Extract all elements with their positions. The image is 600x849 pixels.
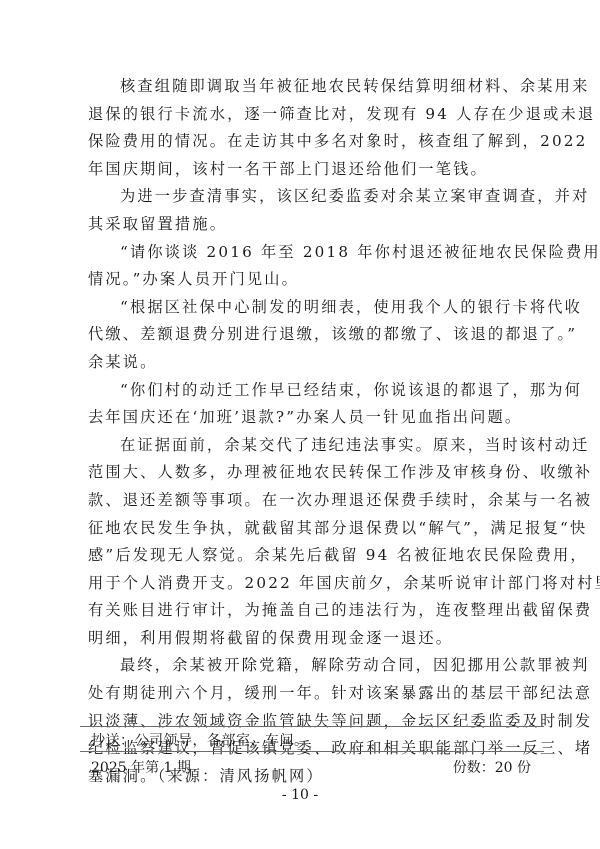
body-line: 年国庆期间，该村一名干部上门退还给他们一笔钱。 <box>88 156 536 184</box>
body-line: 核查组随即调取当年被征地农民转保结算明细材料、余某用来 <box>88 73 536 101</box>
body-line: 处有期徒刑六个月，缓刑一年。针对该案暴露出的基层干部纪法意 <box>88 680 536 708</box>
page-number: - 10 - <box>0 787 600 803</box>
body-line: 最终，余某被开除党籍，解除劳动合同，因犯挪用公款罪被判 <box>88 652 536 680</box>
body-line: “请你谈谈 2016 年至 2018 年你村退还被征地农民保险费用的 <box>88 239 536 267</box>
footer-middle-rule <box>80 751 544 752</box>
body-line: 款、退还差额等事项。在一次办理退还保费手续时，余某与一名被 <box>88 487 536 515</box>
issue-number: 2025 年第 1 期 <box>91 757 191 777</box>
issue-info-row: 2025 年第 1 期 份数：20 份 <box>91 757 531 777</box>
body-line: 退保的银行卡流水，逐一筛查比对，发现有 94 人存在少退或未退 <box>88 101 536 129</box>
body-line: 有关账目进行审计，为掩盖自己的违法行为，连夜整理出截留保费 <box>88 597 536 625</box>
body-line: 征地农民发生争执，就截留其部分退保费以“解气”，满足报复“快 <box>88 515 536 543</box>
body-line: 余某说。 <box>88 349 536 377</box>
body-line: 感”后发现无人察觉。余某先后截留 94 名被征地农民保险费用， <box>88 542 536 570</box>
article-body: 核查组随即调取当年被征地农民转保结算明细材料、余某用来 退保的银行卡流水，逐一筛… <box>88 73 536 790</box>
copies-count: 份数：20 份 <box>453 757 531 777</box>
body-line: 为进一步查清事实，该区纪委监委对余某立案审查调查，并对 <box>88 183 536 211</box>
body-line: 代缴、差额退费分别进行退缴，该缴的都缴了、该退的都退了。” <box>88 321 536 349</box>
body-line: “根据区社保中心制发的明细表，使用我个人的银行卡将代收 <box>88 294 536 322</box>
document-page: 核查组随即调取当年被征地农民转保结算明细材料、余某用来 退保的银行卡流水，逐一筛… <box>0 0 600 849</box>
body-line: 用于个人消费开支。2022 年国庆前夕，余某听说审计部门将对村里 <box>88 570 536 598</box>
cc-distribution-line: 抄送：公司领导，各部室、车间。 <box>91 730 309 750</box>
body-line: 在证据面前，余某交代了违纪违法事实。原来，当时该村动迁 <box>88 432 536 460</box>
footer-top-rule <box>80 726 544 727</box>
body-line: 去年国庆还在‘加班’退款?”办案人员一针见血指出问题。 <box>88 404 536 432</box>
body-line: 明细，利用假期将截留的保费用现金逐一退还。 <box>88 625 536 653</box>
body-line: 情况。”办案人员开门见山。 <box>88 266 536 294</box>
body-line: “你们村的动迁工作早已经结束，你说该退的都退了，那为何 <box>88 377 536 405</box>
body-line: 保险费用的情况。在走访其中多名对象时，核查组了解到，2022 <box>88 128 536 156</box>
body-line: 范围大、人数多，办理被征地农民转保工作涉及审核身份、收缴补 <box>88 459 536 487</box>
body-line: 其采取留置措施。 <box>88 211 536 239</box>
